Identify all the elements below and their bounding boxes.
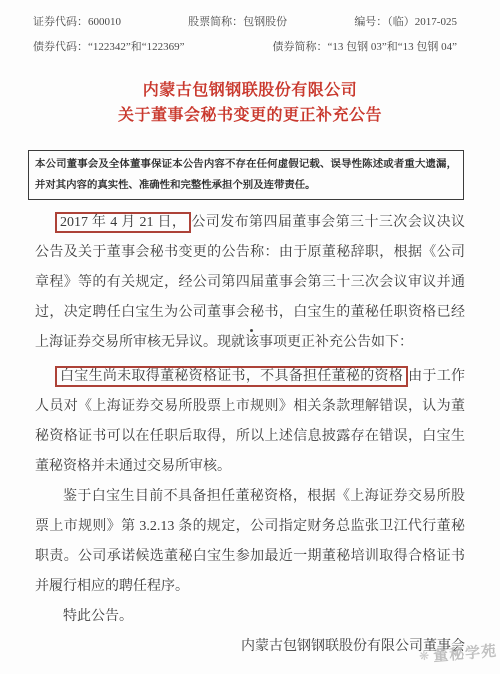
paragraph-3: 鉴于白宝生目前不具备担任董秘资格，根据《上海证券交易所股票上市规则》第 3.2.… bbox=[35, 482, 465, 602]
stock-short-name: 股票简称：包钢股份 bbox=[188, 15, 287, 29]
document-title: 内蒙古包钢钢联股份有限公司 关于董事会秘书变更的更正补充公告 bbox=[0, 78, 500, 128]
announcement-document: 证券代码：600010 股票简称：包钢股份 编号：（临）2017-025 债券代… bbox=[0, 0, 500, 674]
document-title-line2: 关于董事会秘书变更的更正补充公告 bbox=[0, 103, 500, 128]
document-title-line1: 内蒙古包钢钢联股份有限公司 bbox=[0, 78, 500, 103]
scan-artifact-dot bbox=[250, 329, 253, 332]
paragraph-2: 白宝生尚未取得董秘资格证书，不具备担任董秘的资格由于工作人员对《上海证券交易所股… bbox=[35, 362, 465, 482]
doc-number: 编号：（临）2017-025 bbox=[354, 15, 457, 29]
document-header: 证券代码：600010 股票简称：包钢股份 编号：（临）2017-025 债券代… bbox=[0, 0, 500, 54]
highlight-qualification-box: 白宝生尚未取得董秘资格证书，不具备担任董秘的资格 bbox=[55, 366, 408, 387]
closing-statement: 特此公告。 bbox=[35, 602, 465, 632]
document-body: 2017 年 4 月 21 日，公司发布第四届董事会第三十三次会议决议公告及关于… bbox=[35, 208, 465, 662]
stock-code: 证券代码：600010 bbox=[33, 15, 121, 29]
bond-short-name: 债券简称：“13 包钢 03”和“13 包钢 04” bbox=[272, 40, 457, 54]
header-row-2: 债券代码：“122342”和“122369” 债券简称：“13 包钢 03”和“… bbox=[33, 40, 457, 54]
highlight-date-box: 2017 年 4 月 21 日， bbox=[55, 212, 191, 233]
paragraph-1: 2017 年 4 月 21 日，公司发布第四届董事会第三十三次会议决议公告及关于… bbox=[35, 208, 465, 358]
bond-code: 债券代码：“122342”和“122369” bbox=[33, 40, 185, 54]
header-row-1: 证券代码：600010 股票简称：包钢股份 编号：（临）2017-025 bbox=[33, 15, 457, 29]
signature-line: 内蒙古包钢钢联股份有限公司董事会 bbox=[35, 632, 465, 662]
board-disclaimer-box: 本公司董事会及全体董事保证本公告内容不存在任何虚假记载、误导性陈述或者重大遗漏，… bbox=[28, 150, 464, 200]
